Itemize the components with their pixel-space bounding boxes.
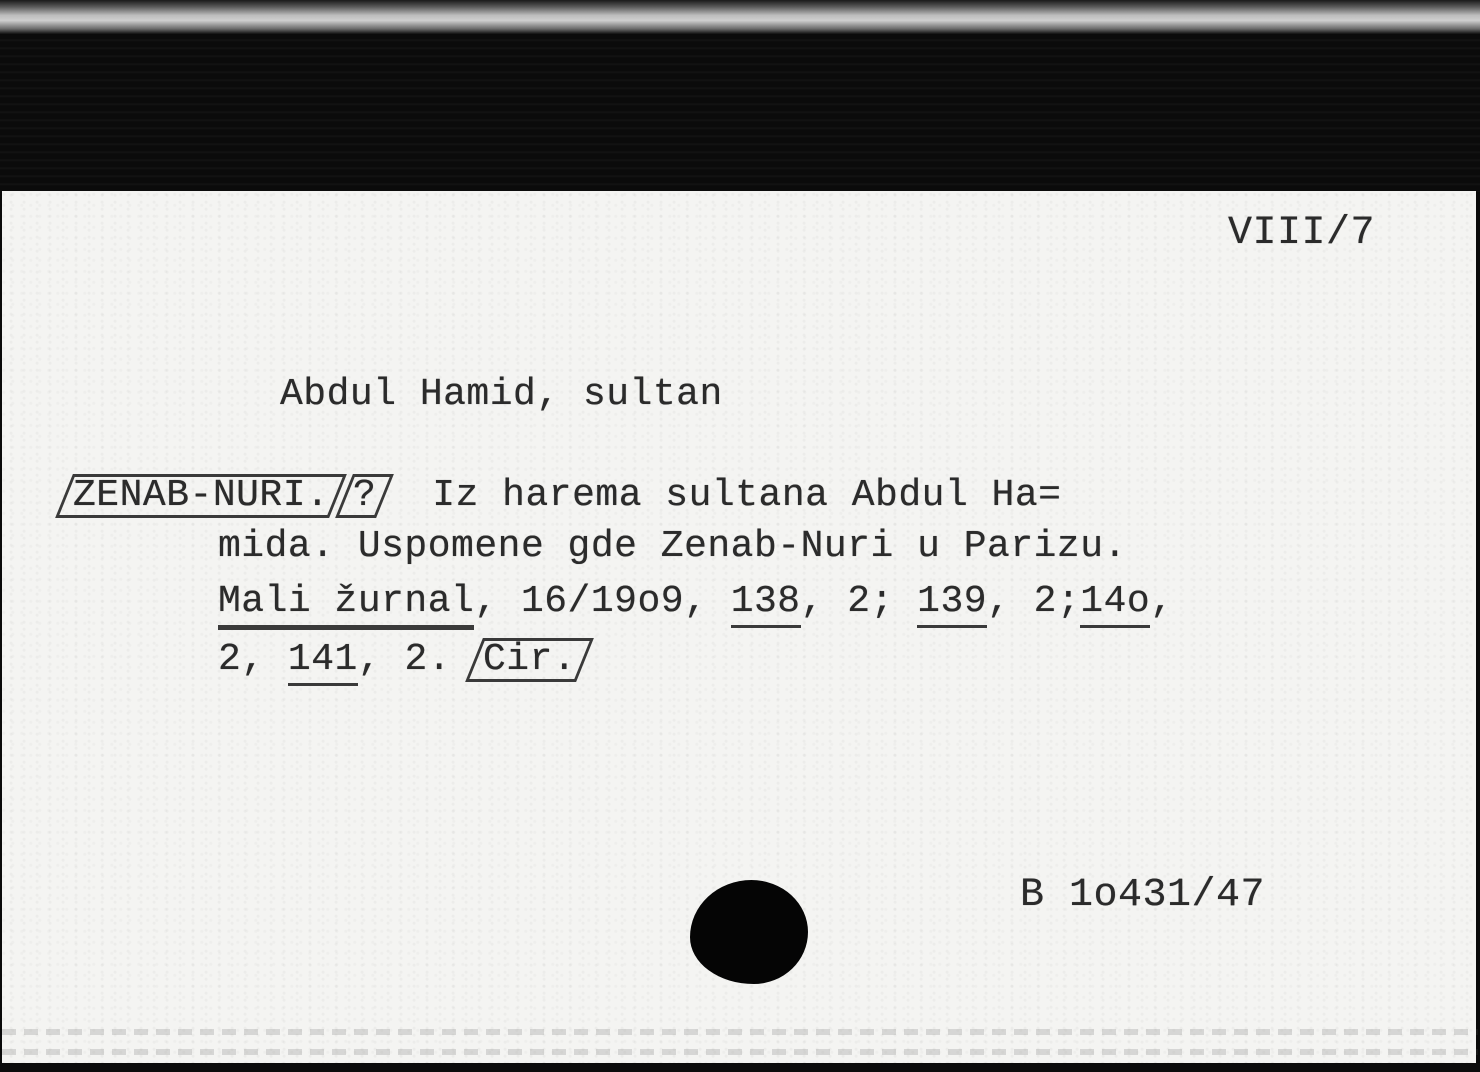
page-number: 141 — [288, 638, 358, 686]
column-number: 2 — [218, 638, 241, 681]
author-name: ZENAB-NURI. — [73, 477, 329, 515]
entry-line-3: Mali žurnal, 16/19o9, 138, 2; 139, 2;14o… — [218, 583, 1174, 621]
inventory-number: B 1o431/47 — [1020, 876, 1265, 916]
entry-line-2: mida. Uspomene gde Zenab-Nuri u Parizu. — [218, 528, 1127, 566]
script-note-bracket: Cir. — [465, 638, 594, 682]
title-part-1: Iz harema sultana Abdul Ha= — [432, 474, 1061, 517]
entry-line-1: ZENAB-NURI.? Iz harema sultana Abdul Ha= — [64, 474, 1061, 518]
page-number: 14o — [1080, 580, 1150, 628]
punch-hole — [690, 880, 808, 984]
page-number: 139 — [917, 580, 987, 628]
uncertain-mark: ? — [353, 477, 376, 515]
author-bracket: ZENAB-NURI. — [55, 474, 347, 518]
scanner-bottom-edge — [0, 1063, 1480, 1072]
subject-heading: Abdul Hamid, sultan — [280, 376, 723, 414]
source-issue: , 16/19o9, — [474, 580, 730, 623]
page-number: 138 — [731, 580, 801, 628]
classification-number: VIII/7 — [1228, 214, 1375, 254]
scanner-edge-strip — [0, 0, 1480, 34]
script-note: Cir. — [483, 641, 576, 679]
card-wear-mark — [2, 1029, 1478, 1035]
source-title: Mali žurnal — [218, 580, 474, 630]
column-number: 2 — [404, 638, 427, 681]
scanner-background — [0, 34, 1480, 192]
card-wear-mark — [2, 1049, 1478, 1055]
column-number: 2 — [1034, 580, 1057, 623]
entry-line-4: 2, 141, 2. Cir. — [218, 638, 586, 682]
column-number: 2 — [847, 580, 870, 623]
